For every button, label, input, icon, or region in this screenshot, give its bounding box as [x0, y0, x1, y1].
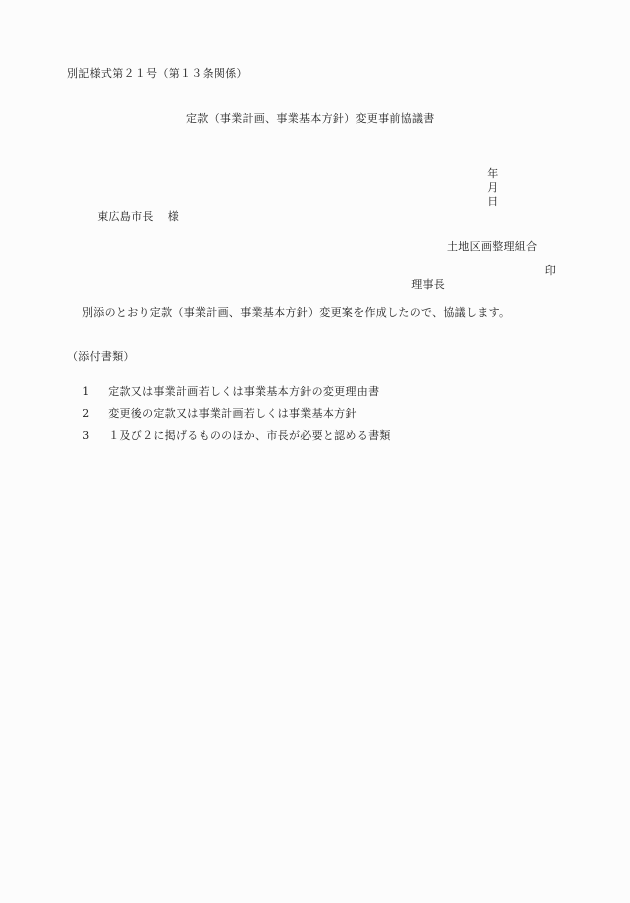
body-text: 別添のとおり定款（事業計画、事業基本方針）変更案を作成したので、協議します。 — [82, 306, 510, 320]
year-label: 年 — [487, 167, 498, 181]
sender-position: 理事長 — [411, 278, 445, 291]
date-line: 年 月 日 — [472, 153, 521, 223]
document-title: 定款（事業計画、事業基本方針）変更事前協議書 — [186, 112, 435, 126]
attachment-text: １及び２に掲げるもののほか、市長が必要と認める書類 — [108, 429, 391, 442]
form-number: 別記様式第２１号（第１３条関係） — [67, 67, 248, 81]
addressee-honorific: 様 — [168, 210, 179, 223]
addressee-name: 東広島市長 — [97, 210, 154, 223]
month-label: 月 — [487, 181, 498, 195]
addressee: 東広島市長様 — [82, 196, 179, 238]
sender-organization: 土地区画整理組合 — [447, 240, 537, 254]
attachments-heading: （添付書類） — [67, 350, 135, 364]
day-label: 日 — [487, 195, 498, 209]
attachment-number: 3 — [82, 429, 108, 443]
attachment-item: 3１及び２に掲げるもののほか、市長が必要と認める書類 — [67, 415, 391, 457]
seal-mark: 印 — [545, 264, 556, 278]
